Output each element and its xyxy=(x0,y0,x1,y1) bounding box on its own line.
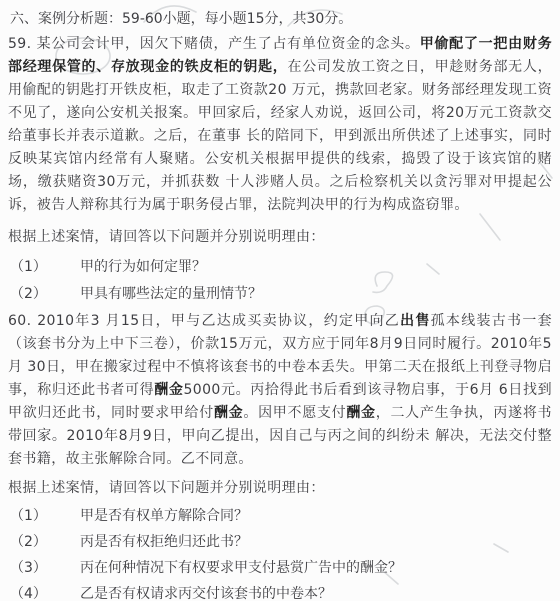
document-page: 六、案例分析题：59-60小题，每小题15分，共30分。 59. 某公司会计甲，… xyxy=(0,0,560,601)
case-60-prompt: 根据上述案情，请回答以下问题并分别说明理由： xyxy=(8,477,552,500)
text-segment: 59. 某公司会计甲，因欠下赌债，产生了占有单位资金的念头。 xyxy=(8,36,420,52)
question-number: （4） xyxy=(8,583,80,601)
question-row: （1） 甲是否有权单方解除合同？ xyxy=(8,505,552,528)
bold-text-segment: 酬金 xyxy=(214,405,243,421)
question-text: 甲具有哪些法定的量刑情节？ xyxy=(80,283,552,306)
question-row: （1） 甲的行为如何定罪？ xyxy=(8,256,552,279)
question-number: （2） xyxy=(8,531,80,554)
case-59-paragraph: 59. 某公司会计甲，因欠下赌债，产生了占有单位资金的念头。甲偷配了一把由财务部… xyxy=(8,33,552,217)
question-number: （2） xyxy=(8,283,80,306)
question-row: （4） 乙是否有权请求丙交付该套书的中卷本？ xyxy=(8,583,552,601)
text-segment: 。因甲不愿支付 xyxy=(243,405,346,421)
text-segment: 60. 2010年3 月15日，甲与乙达成买卖协议，约定甲向乙 xyxy=(8,313,400,329)
question-number: （1） xyxy=(8,256,80,279)
question-text: 丙在何种情况下有权要求甲支付悬赏广告中的酬金？ xyxy=(80,557,552,580)
question-number: （1） xyxy=(8,505,80,528)
question-text: 乙是否有权请求丙交付该套书的中卷本？ xyxy=(80,583,552,601)
section-header: 六、案例分析题：59-60小题，每小题15分，共30分。 xyxy=(10,8,552,31)
case-60-paragraph: 60. 2010年3 月15日，甲与乙达成买卖协议，约定甲向乙出售孤本线装古书一… xyxy=(8,310,552,471)
bold-text-segment: 出售 xyxy=(400,313,431,329)
bold-text-segment: 酬金 xyxy=(154,382,183,398)
bold-text-segment: 酬金 xyxy=(346,405,375,421)
question-row: （2） 甲具有哪些法定的量刑情节？ xyxy=(8,283,552,306)
text-segment: 在公司发放工资之日，甲趁财务部无人，用偷配的钥匙打开铁皮柜，取走了工资款20 万… xyxy=(8,59,552,213)
case-59-prompt: 根据上述案情，请回答以下问题并分别说明理由： xyxy=(8,226,552,249)
question-text: 甲的行为如何定罪？ xyxy=(80,256,552,279)
question-row: （3） 丙在何种情况下有权要求甲支付悬赏广告中的酬金？ xyxy=(8,557,552,580)
question-row: （2） 丙是否有权拒绝归还此书？ xyxy=(8,531,552,554)
question-text: 丙是否有权拒绝归还此书？ xyxy=(80,531,552,554)
question-text: 甲是否有权单方解除合同？ xyxy=(80,505,552,528)
question-number: （3） xyxy=(8,557,80,580)
